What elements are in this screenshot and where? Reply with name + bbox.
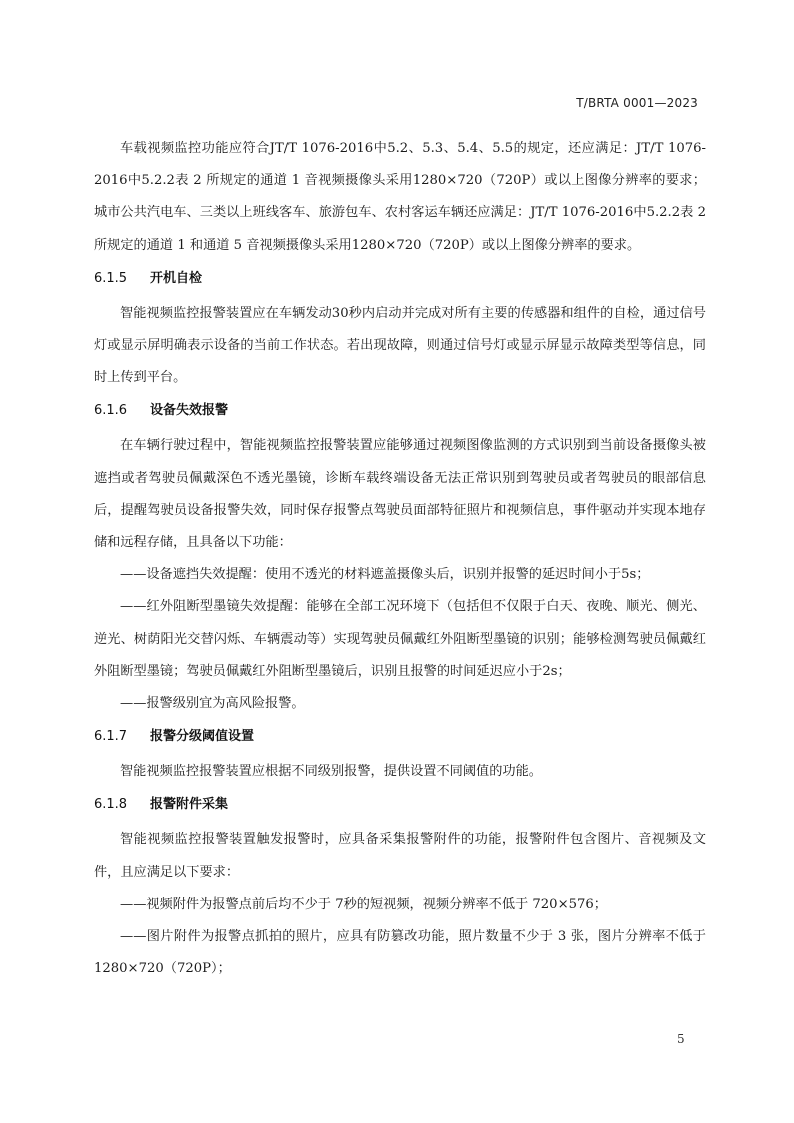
list-item-occlusion: ——设备遮挡失效提醒：使用不透光的材料遮盖摄像头后，识别并报警的延迟时间小于5s… (94, 559, 706, 591)
list-item-video-attachment: ——视频附件为报警点前后均不少于 7秒的短视频，视频分辨率不低于 720×576… (94, 889, 706, 921)
section-heading-6-1-8: 6.1.8报警附件采集 (94, 789, 706, 821)
page-number: 5 (677, 1032, 685, 1046)
section-heading-6-1-7: 6.1.7报警分级阈值设置 (94, 721, 706, 753)
list-item-alarm-level: ——报警级别宜为高风险报警。 (94, 688, 706, 720)
paragraph-device-failure: 在车辆行驶过程中，智能视频监控报警装置应能够通过视频图像监测的方式识别到当前设备… (94, 430, 706, 559)
section-number: 6.1.7 (94, 721, 150, 753)
paragraph-self-check: 智能视频监控报警装置应在车辆发动30秒内启动并完成对所有主要的传感器和组件的自检… (94, 298, 706, 395)
section-number: 6.1.6 (94, 395, 150, 427)
section-heading-6-1-6: 6.1.6设备失效报警 (94, 395, 706, 427)
section-title: 报警分级阈值设置 (150, 729, 254, 744)
document-page: T/BRTA 0001—2023 车载视频监控功能应符合JT/T 1076-20… (0, 0, 794, 1123)
section-title: 报警附件采集 (150, 797, 228, 812)
section-number: 6.1.5 (94, 263, 150, 295)
section-heading-6-1-5: 6.1.5开机自检 (94, 263, 706, 295)
list-item-image-attachment: ——图片附件为报警点抓拍的照片，应具有防篡改功能，照片数量不少于 3 张，图片分… (94, 921, 706, 985)
paragraph-video-monitoring: 车载视频监控功能应符合JT/T 1076-2016中5.2、5.3、5.4、5.… (94, 133, 706, 262)
standard-code-header: T/BRTA 0001—2023 (576, 96, 698, 110)
paragraph-threshold: 智能视频监控报警装置应根据不同级别报警，提供设置不同阈值的功能。 (94, 756, 706, 788)
section-title: 设备失效报警 (150, 403, 228, 418)
section-title: 开机自检 (150, 271, 202, 286)
section-number: 6.1.8 (94, 789, 150, 821)
document-body: 车载视频监控功能应符合JT/T 1076-2016中5.2、5.3、5.4、5.… (94, 133, 706, 985)
list-item-ir-sunglasses: ——红外阻断型墨镜失效提醒：能够在全部工况环境下（包括但不仅限于白天、夜晚、顺光… (94, 591, 706, 688)
paragraph-attachments: 智能视频监控报警装置触发报警时，应具备采集报警附件的功能，报警附件包含图片、音视… (94, 824, 706, 888)
